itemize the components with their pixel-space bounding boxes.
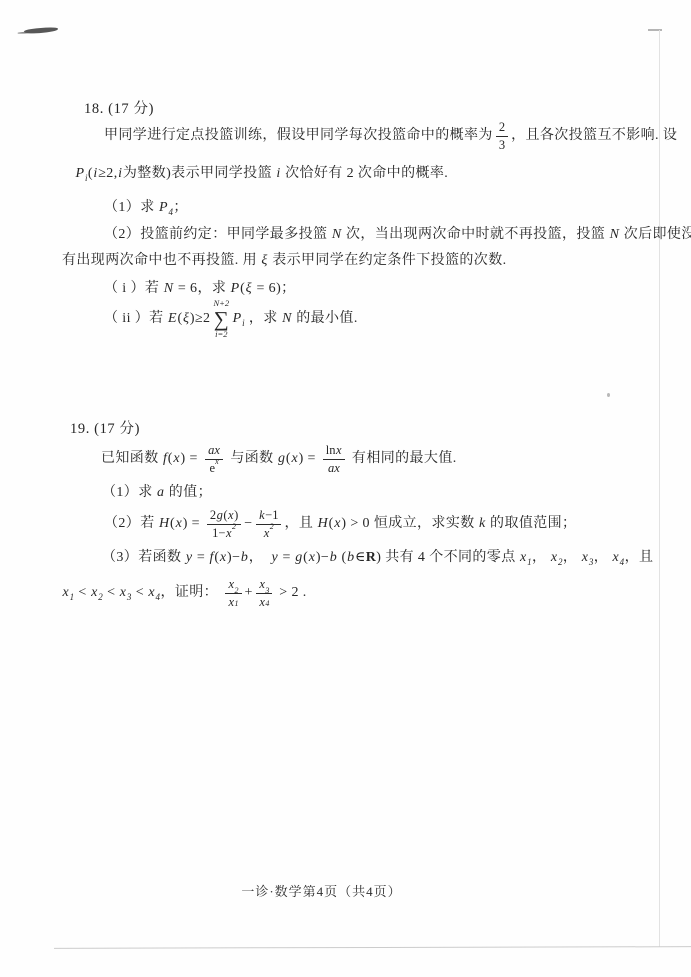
fraction-denominator: x1 bbox=[225, 594, 242, 610]
text-run: 与函数 bbox=[226, 450, 277, 469]
fraction: 23 bbox=[496, 120, 508, 153]
text-run: ，求 bbox=[245, 310, 282, 329]
scan-smudge-mark bbox=[24, 27, 58, 34]
scan-edge-vertical-line bbox=[659, 30, 660, 947]
math-variable: H bbox=[159, 515, 171, 534]
text-run: （2）投篮前约定：甲同学最多投篮 bbox=[104, 226, 331, 245]
text-run: ，证明： bbox=[160, 584, 222, 603]
math-variable: ax bbox=[327, 461, 340, 476]
math-variable: g bbox=[277, 450, 285, 469]
math-variable: ξ bbox=[183, 310, 190, 329]
subscript: 2 bbox=[98, 591, 103, 603]
text-run: = 6)； bbox=[253, 280, 296, 299]
text-run: ) bbox=[234, 508, 238, 523]
text-run: ， bbox=[532, 549, 550, 568]
math-variable: y bbox=[271, 549, 279, 568]
math-variable: H bbox=[317, 515, 329, 534]
math-variable: b bbox=[347, 549, 355, 568]
math-variable: ξ bbox=[245, 280, 252, 299]
subscript: i bbox=[85, 172, 88, 184]
fraction-numerator: lnx bbox=[323, 443, 345, 460]
problem-19-part-1: （1）求 a 的值； bbox=[102, 484, 212, 503]
math-variable: x bbox=[335, 443, 342, 458]
text-run: 次，当出现两次命中时就不再投篮，投篮 bbox=[342, 226, 609, 245]
math-variable: k bbox=[479, 515, 487, 534]
math-variable: x bbox=[334, 515, 342, 534]
text-run: 已知函数 bbox=[101, 450, 163, 469]
text-run: ) = bbox=[299, 450, 320, 469]
problem-18-part-1: （1）求 P4； bbox=[104, 199, 188, 218]
subscript: 4 bbox=[620, 556, 625, 568]
summation: N+2∑i=2 bbox=[213, 299, 229, 339]
text-run: < bbox=[132, 584, 148, 603]
text-run: 有出现两次命中也不再投篮. 用 bbox=[62, 252, 261, 271]
math-variable: a bbox=[157, 484, 165, 503]
math-variable: x bbox=[581, 549, 589, 568]
text-run: ，且 bbox=[284, 515, 317, 534]
math-variable: x bbox=[520, 549, 528, 568]
problem-18-part-2-line-1: （2）投篮前约定：甲同学最多投篮 N 次，当出现两次命中时就不再投篮，投篮 N … bbox=[104, 226, 691, 245]
sigma-symbol: ∑ bbox=[214, 309, 229, 330]
text-run: 2 bbox=[499, 120, 505, 135]
fraction-numerator: x3 bbox=[256, 577, 273, 594]
text-run: −1 bbox=[265, 508, 278, 523]
math-variable: x bbox=[612, 549, 620, 568]
problem-19-part-3-line-1: （3）若函数 y = f(x)−b， y = g(x)−b (b∈R) 共有 4… bbox=[102, 549, 653, 568]
text-run: （1）求 bbox=[102, 484, 157, 503]
fraction-denominator: ax bbox=[324, 460, 343, 476]
math-variable: ax bbox=[208, 443, 221, 458]
subscript: 4 bbox=[265, 599, 269, 609]
problem-19-part-3-line-2: x1 < x2 < x3 < x4，证明： x2x1+x3x4 > 2 . bbox=[62, 571, 307, 615]
text-run: 的值； bbox=[165, 484, 212, 503]
text-run: ， bbox=[563, 549, 581, 568]
fraction: axex bbox=[205, 443, 224, 476]
math-variable: N bbox=[282, 310, 293, 329]
fraction-numerator: 2g(x) bbox=[207, 508, 241, 525]
math-variable: x bbox=[62, 584, 70, 603]
scan-ink-dot bbox=[607, 393, 610, 397]
text-run: + bbox=[245, 584, 253, 603]
math-variable: N bbox=[331, 226, 342, 245]
superscript: x bbox=[215, 457, 219, 467]
text-run: ，且 bbox=[625, 549, 654, 568]
math-variable: x bbox=[148, 584, 156, 603]
text-run: = bbox=[279, 549, 295, 568]
math-variable: N bbox=[163, 280, 174, 299]
exam-page: 18. (17 分) 甲同学进行定点投篮训练，假设甲同学每次投篮命中的概率为23… bbox=[0, 0, 691, 977]
fraction-denominator: ex bbox=[207, 460, 222, 476]
superscript: 2 bbox=[232, 522, 236, 532]
text-run: （1）求 bbox=[104, 199, 159, 218]
text-run: = bbox=[193, 549, 209, 568]
text-run: （ ii ）若 bbox=[104, 310, 167, 329]
text-run: （3）若函数 bbox=[102, 549, 185, 568]
text-run: ≥2, bbox=[98, 165, 117, 184]
fraction: 2g(x)1−x2 bbox=[207, 508, 241, 541]
text-run: 表示甲同学在约定条件下投篮的次数. bbox=[268, 252, 506, 271]
text-run: ， bbox=[249, 549, 271, 568]
subscript: 1 bbox=[527, 556, 532, 568]
subscript: 3 bbox=[265, 586, 269, 596]
text-run: 甲同学进行定点投篮训练，假设甲同学每次投篮命中的概率为 bbox=[104, 127, 493, 146]
math-variable: g bbox=[295, 549, 303, 568]
text-run: ) > 0 恒成立，求实数 bbox=[341, 515, 478, 534]
text-run: 为整数)表示甲同学投篮 bbox=[123, 165, 276, 184]
text-run: 有相同的最大值. bbox=[348, 450, 457, 469]
math-variable: x bbox=[308, 549, 316, 568]
fraction: k−1x2 bbox=[256, 508, 282, 541]
text-run: （2）若 bbox=[104, 515, 159, 534]
text-run: > 2 . bbox=[275, 584, 306, 603]
math-variable: g bbox=[216, 508, 223, 523]
fraction-numerator: x2 bbox=[225, 577, 242, 594]
text-run: ， bbox=[594, 549, 612, 568]
problem-18-intro-line-1: 甲同学进行定点投篮训练，假设甲同学每次投篮命中的概率为23，且各次投篮互不影响.… bbox=[104, 116, 677, 156]
problem-19-heading: 19. (17 分) bbox=[70, 420, 140, 440]
math-variable: P bbox=[75, 165, 85, 184]
math-variable: x bbox=[119, 584, 127, 603]
math-variable: b bbox=[329, 549, 337, 568]
fraction-denominator: x2 bbox=[260, 525, 277, 541]
scan-page-bottom-edge bbox=[54, 946, 691, 949]
text-run: ) = bbox=[180, 450, 201, 469]
subscript: 2 bbox=[235, 586, 239, 596]
problem-19-part-2: （2）若 H(x) = 2g(x)1−x2−k−1x2，且 H(x) > 0 恒… bbox=[104, 503, 576, 545]
math-bold-set: R bbox=[366, 549, 377, 568]
math-variable: P bbox=[232, 310, 242, 329]
text-run: ln bbox=[326, 443, 336, 458]
summation-lower-limit: i=2 bbox=[215, 330, 227, 339]
text-run: < bbox=[103, 584, 119, 603]
fraction-numerator: k−1 bbox=[256, 508, 282, 525]
text-run: = 6，求 bbox=[174, 280, 230, 299]
text-run: )≥2 bbox=[190, 310, 211, 329]
fraction-denominator: x4 bbox=[256, 594, 273, 610]
text-run: )− bbox=[316, 549, 329, 568]
math-variable: P bbox=[230, 280, 240, 299]
fraction: lnxax bbox=[323, 443, 345, 476]
text-run: ) = bbox=[183, 515, 204, 534]
text-run: 的取值范围； bbox=[486, 515, 576, 534]
math-variable: x bbox=[550, 549, 558, 568]
page-footer: 一诊·数学第4页（共4页） bbox=[0, 881, 667, 900]
subscript: 4 bbox=[168, 206, 173, 218]
math-variable: E bbox=[167, 310, 177, 329]
fraction: x3x4 bbox=[256, 577, 273, 610]
fraction-numerator: 2 bbox=[496, 120, 508, 137]
text-run: （ i ）若 bbox=[104, 280, 163, 299]
text-run: < bbox=[75, 584, 91, 603]
math-variable: x bbox=[173, 450, 181, 469]
math-variable: x bbox=[219, 549, 227, 568]
math-variable: x bbox=[175, 515, 183, 534]
text-run: )− bbox=[227, 549, 240, 568]
problem-19-intro: 已知函数 f(x) = axex 与函数 g(x) = lnxax 有相同的最大… bbox=[101, 438, 457, 480]
fraction-denominator: 1−x2 bbox=[209, 525, 239, 541]
problem-18-part-2-i: （ i ）若 N = 6，求 P(ξ = 6)； bbox=[104, 280, 296, 299]
subscript: 4 bbox=[156, 591, 161, 603]
text-run: ； bbox=[173, 199, 187, 218]
text-run: 的最小值. bbox=[292, 310, 357, 329]
math-variable: P bbox=[159, 199, 169, 218]
fraction: x2x1 bbox=[225, 577, 242, 610]
math-variable: x bbox=[291, 450, 299, 469]
math-variable: x bbox=[91, 584, 99, 603]
math-variable: y bbox=[185, 549, 193, 568]
fraction-denominator: 3 bbox=[496, 137, 508, 153]
text-run: 3 bbox=[499, 138, 505, 153]
text-run: − bbox=[244, 515, 252, 534]
text-run: 次后即使没 bbox=[620, 226, 691, 245]
subscript: 2 bbox=[558, 556, 563, 568]
text-run: 1− bbox=[212, 526, 225, 541]
math-variable: ξ bbox=[261, 252, 268, 271]
subscript: 1 bbox=[70, 591, 75, 603]
text-run: ，且各次投篮互不影响. 设 bbox=[511, 127, 677, 146]
page-footer-text: 一诊·数学第4页（共4页） bbox=[241, 881, 401, 900]
subscript: 3 bbox=[589, 556, 594, 568]
math-variable: N bbox=[609, 226, 620, 245]
problem-18-intro-line-2: Pi(i≥2,i为整数)表示甲同学投篮 i 次恰好有 2 次命中的概率. bbox=[75, 165, 448, 184]
text-run: ∈ bbox=[355, 549, 366, 568]
problem-18-part-2-ii: （ ii ）若 E(ξ)≥2N+2∑i=2Pi ，求 N 的最小值. bbox=[104, 298, 358, 340]
subscript: 3 bbox=[127, 591, 132, 603]
subscript: i bbox=[242, 317, 245, 329]
text-run: 次恰好有 2 次命中的概率. bbox=[281, 165, 448, 184]
problem-18-part-2-line-2: 有出现两次命中也不再投篮. 用 ξ 表示甲同学在约定条件下投篮的次数. bbox=[62, 252, 507, 271]
superscript: 2 bbox=[270, 522, 274, 532]
subscript: 1 bbox=[235, 599, 239, 609]
math-variable: b bbox=[240, 549, 248, 568]
text-run: 19. (17 分) bbox=[70, 420, 140, 440]
text-run: ( bbox=[338, 549, 347, 568]
text-run: ) 共有 4 个不同的零点 bbox=[376, 549, 519, 568]
